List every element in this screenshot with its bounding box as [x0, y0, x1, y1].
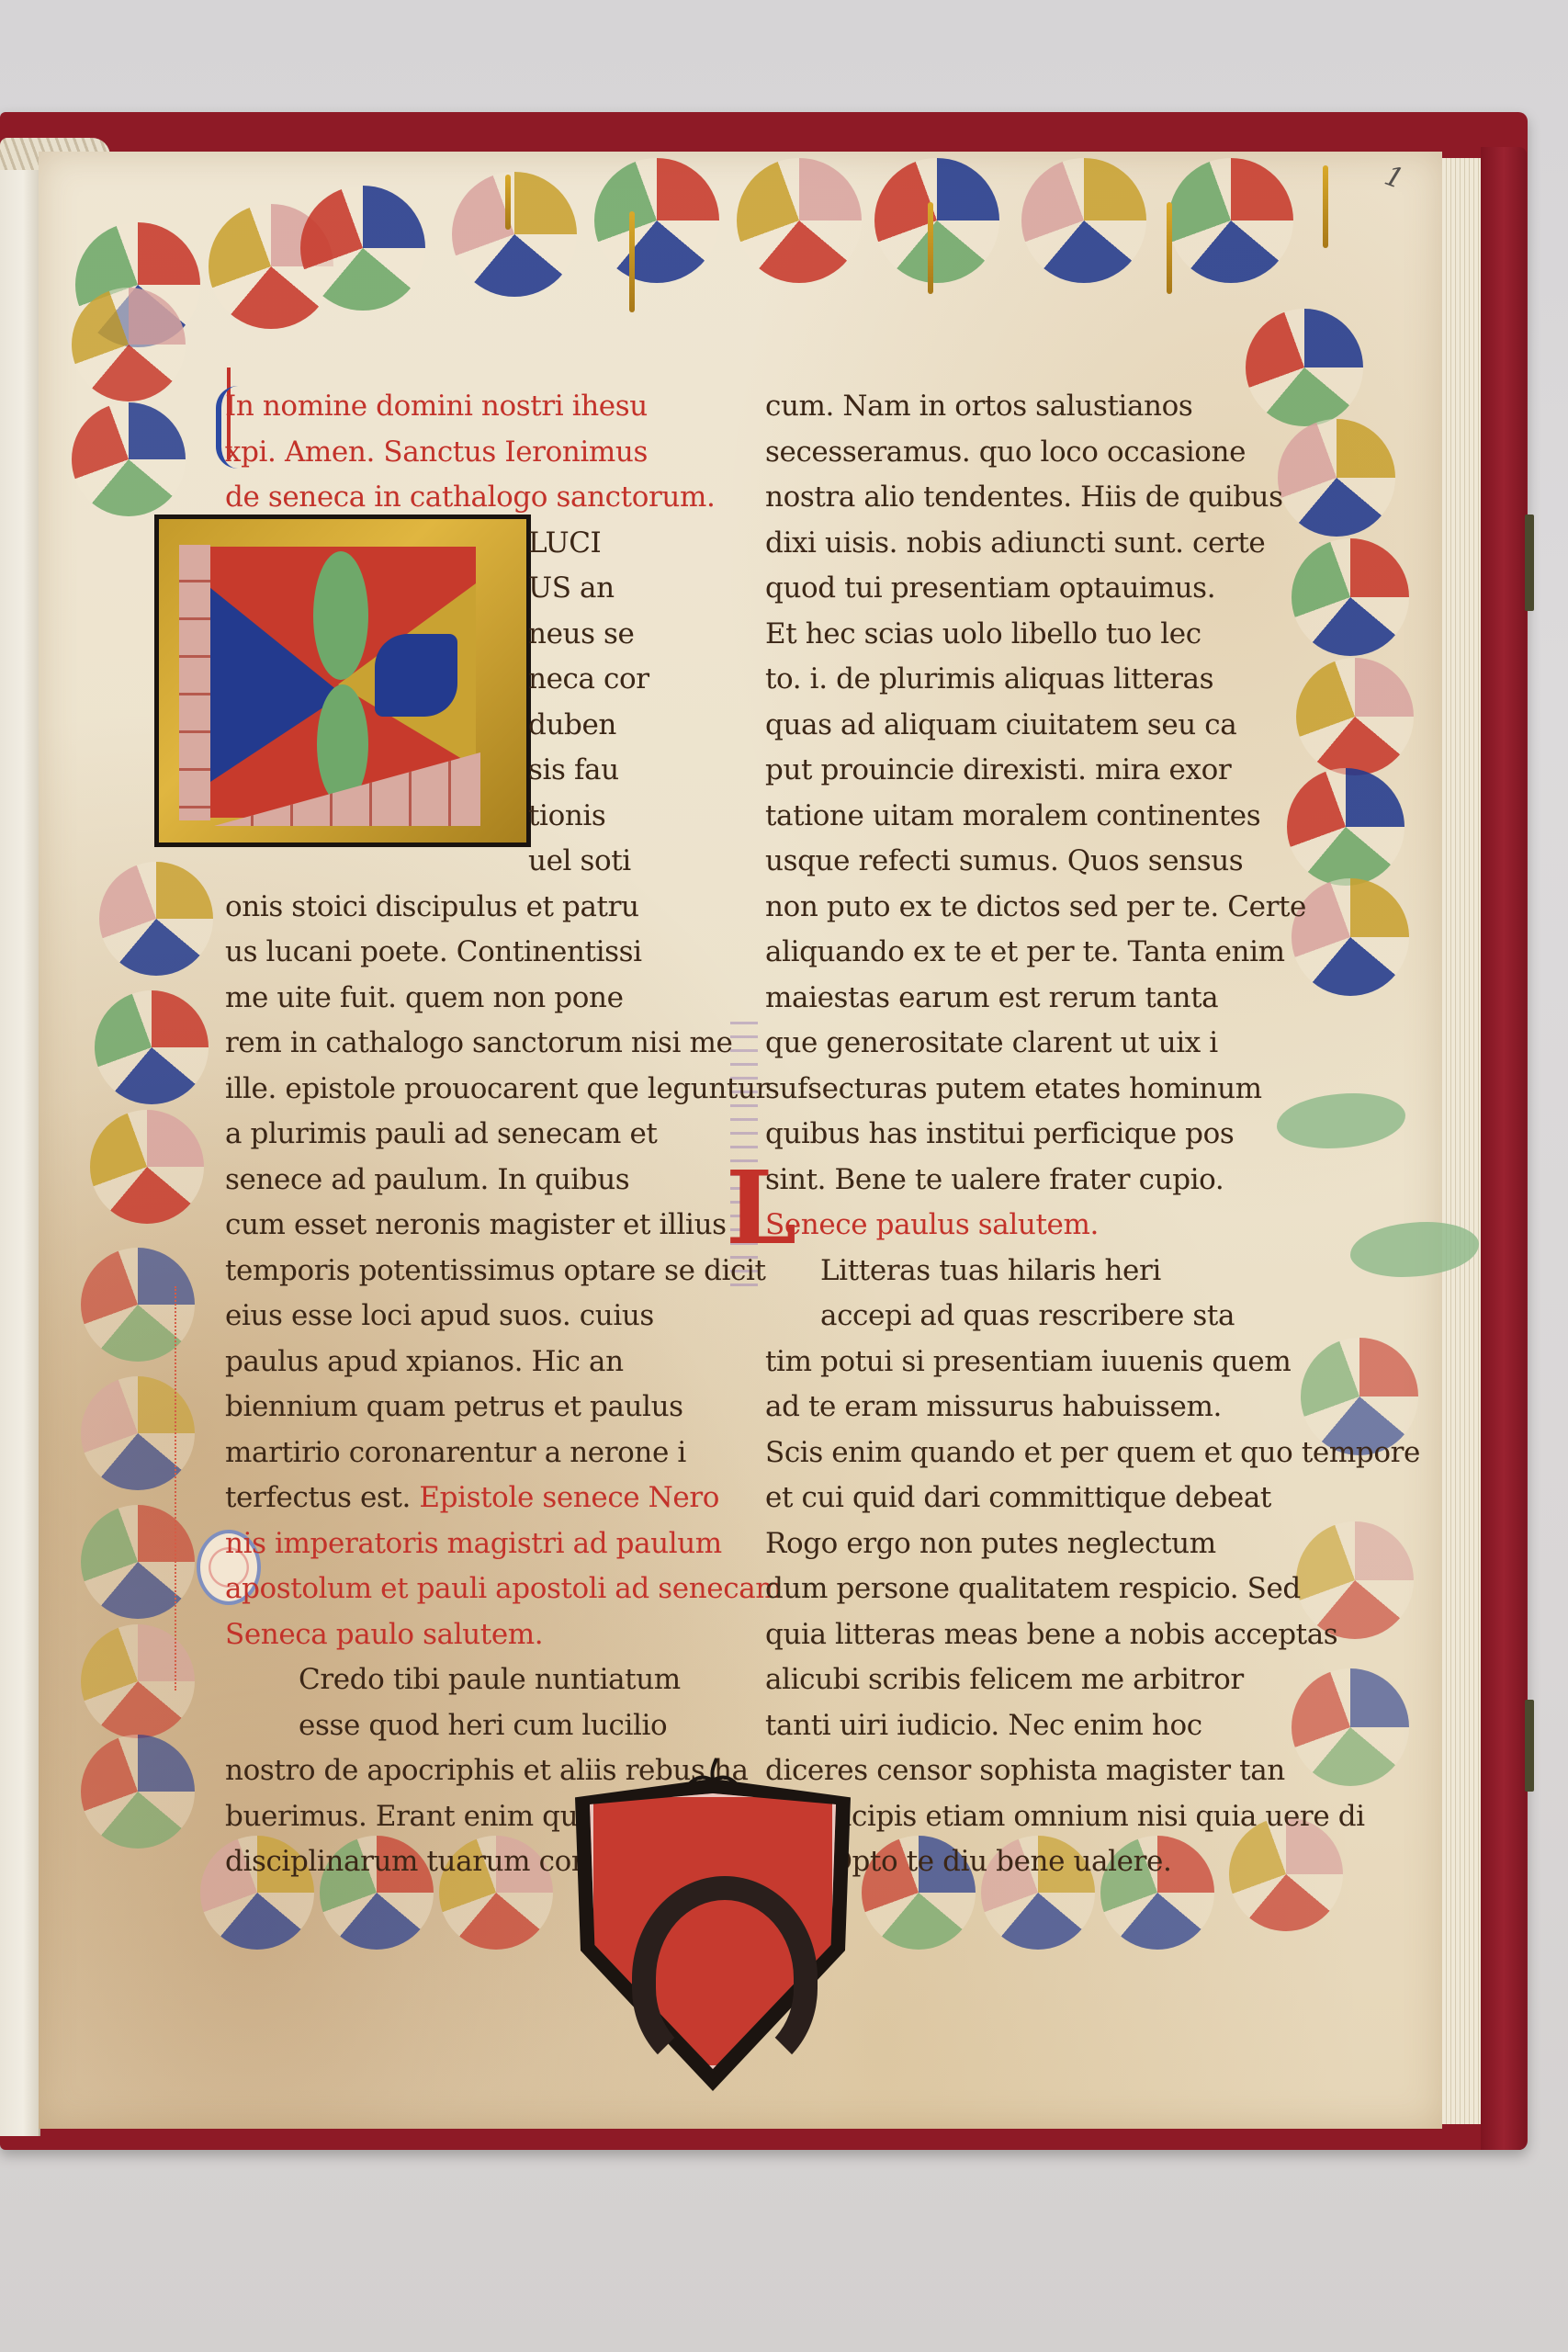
clasp-top [1525, 514, 1534, 611]
text-line: eius esse loci apud suos. cuius [225, 1294, 782, 1340]
text-line: senece ad paulum. In quibus [225, 1158, 782, 1204]
border-roundel-icon [72, 402, 186, 516]
text-line: de seneca in cathalogo sanctorum. [225, 475, 782, 521]
text-line: dixi uisis. nobis adiuncti sunt. certe [765, 521, 1420, 567]
border-roundel-icon [594, 158, 719, 283]
text-line: neus se [225, 612, 782, 658]
text-line: tim potui si presentiam iuuenis quem [765, 1340, 1420, 1385]
text-line: a plurimis pauli ad senecam et [225, 1112, 782, 1158]
text-line: neca cor [225, 657, 782, 703]
text-line: Senece paulus salutem. [765, 1203, 1420, 1249]
text-line: quibus has institui perficique pos [765, 1112, 1420, 1158]
text-line: sufsecturas putem etates hominum [765, 1067, 1420, 1113]
text-line: to. i. de plurimis aliquas litteras [765, 657, 1420, 703]
border-roundel-icon [72, 288, 186, 401]
text-line: cum. Nam in ortos salustianos [765, 384, 1420, 430]
text-line: Scis enim quando et per quem et quo temp… [765, 1430, 1420, 1476]
text-line: secesseramus. quo loco occasione [765, 430, 1420, 476]
text-line: tanti uiri iudicio. Nec enim hoc [765, 1703, 1420, 1749]
text-line: alicubi scribis felicem me arbitror [765, 1657, 1420, 1703]
text-line: xpi. Amen. Sanctus Ieronimus [225, 430, 782, 476]
text-line: In nomine domini nostri ihesu [225, 384, 782, 430]
text-column-right: cum. Nam in ortos salustianossecesseramu… [765, 384, 1420, 1885]
text-line: ille. epistole prouocarent que leguntur [225, 1067, 782, 1113]
text-line: martirio coronarentur a nerone i [225, 1430, 782, 1476]
text-line: et cui quid dari committique debeat [765, 1476, 1420, 1521]
text-line: paulus apud xpianos. Hic an [225, 1340, 782, 1385]
gold-bar-ornament [629, 211, 635, 312]
text-line: nostra alio tendentes. Hiis de quibus [765, 475, 1420, 521]
rubric-heading: Epistole senece Nero [411, 1481, 719, 1514]
border-roundel-icon [1168, 158, 1293, 283]
text-line: quod tui presentiam optauimus. [765, 566, 1420, 612]
clasp-bottom [1525, 1700, 1534, 1792]
text-line: me uite fuit. quem non pone [225, 976, 782, 1022]
text-line: sint. Bene te ualere frater cupio. [765, 1158, 1420, 1204]
text-line: esse quod heri cum lucilio [225, 1703, 782, 1749]
text-line: cum esset neronis magister et illius [225, 1203, 782, 1249]
text-line: non puto ex te dictos sed per te. Certe [765, 885, 1420, 931]
text-line: nis imperatoris magistri ad paulum [225, 1521, 782, 1567]
text-line: duben [225, 703, 782, 749]
text-line: Credo tibi paule nuntiatum [225, 1657, 782, 1703]
text-line: apostolum et pauli apostoli ad senecam [225, 1566, 782, 1612]
shield-charge-icon [632, 1876, 818, 2080]
text-line: usque refecti sumus. Quos sensus [765, 839, 1420, 885]
text-line: Et hec scias uolo libello tuo lec [765, 612, 1420, 658]
gold-bar-ornament [928, 202, 933, 294]
text-line: aliquando ex te et per te. Tanta enim [765, 930, 1420, 976]
coat-of-arms [575, 1757, 851, 2097]
text-line: terfectus est. Epistole senece Nero [225, 1476, 782, 1521]
text-line: quia litteras meas bene a nobis acceptas [765, 1612, 1420, 1658]
text-line: Seneca paulo salutem. [225, 1612, 782, 1658]
border-roundel-icon [90, 1110, 204, 1224]
text-line: biennium quam petrus et paulus [225, 1385, 782, 1430]
text-line: dum persone qualitatem respicio. Sed [765, 1566, 1420, 1612]
border-roundel-icon [99, 862, 213, 976]
text-line: accepi ad quas rescribere sta [765, 1294, 1420, 1340]
text-line: maiestas earum est rerum tanta [765, 976, 1420, 1022]
book-cover-fore-edge [1481, 147, 1527, 2150]
text-line: us lucani poete. Continentissi [225, 930, 782, 976]
previous-leaf-edge [0, 170, 40, 2136]
text-line: ti principis etiam omnium nisi quia uere… [765, 1794, 1420, 1840]
text-line: quas ad aliquam ciuitatem seu ca [765, 703, 1420, 749]
text-line: put prouincie direxisti. mira exor [765, 748, 1420, 794]
border-roundel-icon [81, 1735, 195, 1849]
text-line: tatione uitam moralem continentes [765, 794, 1420, 840]
text-line: ad te eram missurus habuissem. [765, 1385, 1420, 1430]
gold-bar-ornament [505, 175, 511, 230]
text-line: uel soti [225, 839, 782, 885]
text-line: cas. Opto te diu bene ualere. [765, 1839, 1420, 1885]
text-line: tionis [225, 794, 782, 840]
border-roundel-icon [95, 990, 209, 1104]
text-column-left: In nomine domini nostri ihesuxpi. Amen. … [225, 384, 782, 1885]
text-line: que generositate clarent ut uix i [765, 1021, 1420, 1067]
text-line: LUCI [225, 521, 782, 567]
border-roundel-icon [300, 186, 425, 311]
text-line: temporis potentissimus optare se dicit [225, 1249, 782, 1295]
border-roundel-icon [874, 158, 999, 283]
text-line: onis stoici discipulus et patru [225, 885, 782, 931]
text-line: rem in cathalogo sanctorum nisi me [225, 1021, 782, 1067]
border-roundel-icon [1021, 158, 1146, 283]
border-roundel-icon [452, 172, 577, 297]
text-line: Litteras tuas hilaris heri [765, 1249, 1420, 1295]
gold-bar-ornament [1323, 165, 1328, 248]
pen-flourish-left [175, 1286, 213, 1690]
text-line: sis fau [225, 748, 782, 794]
border-roundel-icon [737, 158, 862, 283]
text-line: Rogo ergo non putes neglectum [765, 1521, 1420, 1567]
gold-bar-ornament [1167, 202, 1172, 294]
text-line: diceres censor sophista magister tan [765, 1748, 1420, 1794]
initial-letter-stem [179, 545, 210, 820]
text-line: US an [225, 566, 782, 612]
